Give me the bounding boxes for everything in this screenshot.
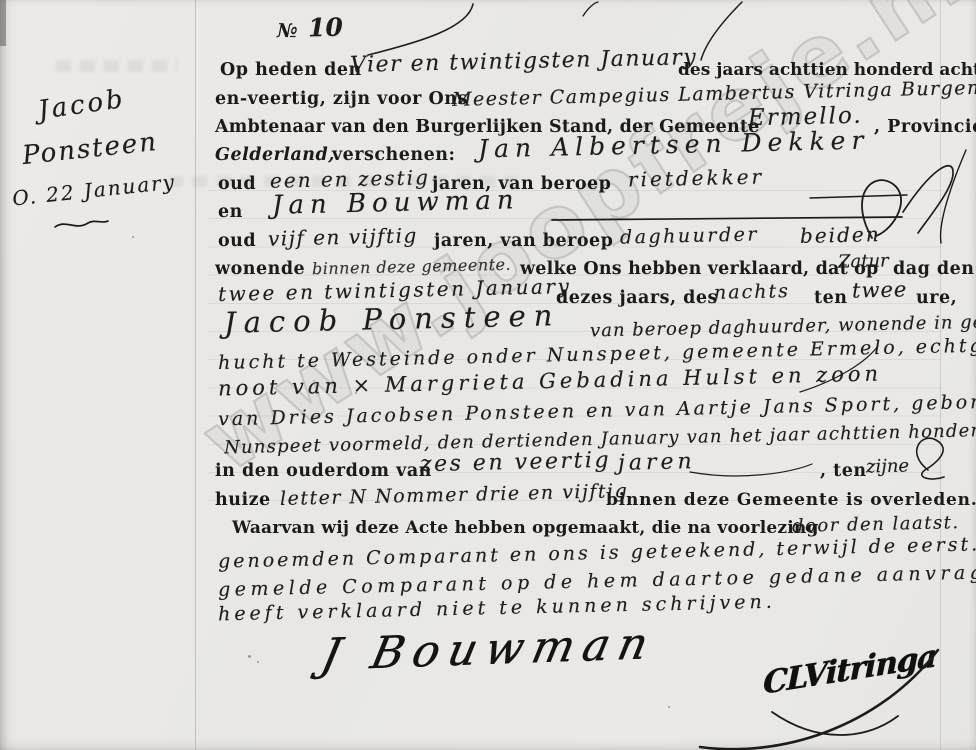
printed-text: oud	[218, 231, 256, 251]
entry-declarant2-name: Jan Bouwman	[272, 185, 520, 221]
act-number-label: №	[277, 20, 298, 42]
margin-deceased-firstname: Jacob	[36, 84, 127, 126]
ink-dot	[257, 661, 259, 663]
paper-speck	[132, 236, 134, 238]
fold-line-left	[195, 0, 196, 750]
entry-hour: twee	[852, 277, 908, 302]
printed-text: ten	[814, 288, 847, 308]
margin-deceased-surname: Ponsteen	[21, 127, 160, 171]
ink-bleedthrough	[56, 60, 178, 72]
printed-text: en	[218, 202, 243, 222]
printed-text: huize	[215, 490, 271, 510]
paper-speck	[668, 706, 670, 708]
entry-declarant1-occupation: rietdekker	[628, 164, 765, 191]
scan-edge-mark	[0, 0, 6, 46]
signature-witness: J Bouwman	[317, 618, 661, 681]
entry-age-at-death: zes en veertig	[420, 448, 612, 477]
printed-text: verschenen:	[332, 145, 455, 165]
printed-text: dag den	[893, 259, 975, 279]
entry-act-date: Vier en twintigsten January	[350, 45, 698, 78]
entry-time-of-day: nachts	[714, 280, 790, 304]
printed-text: wonende	[215, 259, 305, 279]
printed-text: oud	[218, 174, 256, 194]
printed-text: , Provincie	[874, 117, 976, 137]
printed-text: en-veertig, zijn voor Ons	[215, 89, 468, 109]
entry-his-word: zijne	[866, 456, 910, 478]
act-number-value: 10	[308, 13, 343, 43]
printed-text: Waarvan wij deze Acte hebben opgemaakt, …	[232, 518, 819, 538]
printed-text: ure,	[916, 288, 957, 308]
printed-text: dezes jaars, des	[556, 288, 718, 308]
margin-death-date: O. 22 January	[11, 169, 177, 210]
ink-dot	[248, 655, 251, 658]
printed-text: , ten	[820, 461, 867, 481]
printed-text: in den ouderdom van	[215, 461, 432, 481]
entry-declarant2-occupation: daghuurder	[620, 223, 759, 248]
entry-age-unit: jaren	[618, 449, 696, 476]
printed-text: jaren, van beroep	[434, 231, 613, 251]
printed-text: Gelderland,	[215, 145, 335, 165]
printed-text: Op heden den	[220, 60, 362, 80]
entry-declarant2-age: vijf en vijftig	[268, 223, 418, 250]
entry-weekday: Zatur	[838, 250, 889, 272]
printed-text: welke Ons hebben verklaard, dat op	[520, 259, 878, 279]
entry-closing-1: door den laatst.	[792, 512, 960, 537]
printed-text: binnen deze Gemeente is overleden.	[606, 490, 976, 510]
death-certificate-scan: www.joopfreje.nl Jacob Ponsteen O. 22 Ja…	[0, 0, 976, 750]
signature-official: CLVitringa	[763, 638, 936, 702]
entry-both-word: beiden	[800, 222, 881, 248]
